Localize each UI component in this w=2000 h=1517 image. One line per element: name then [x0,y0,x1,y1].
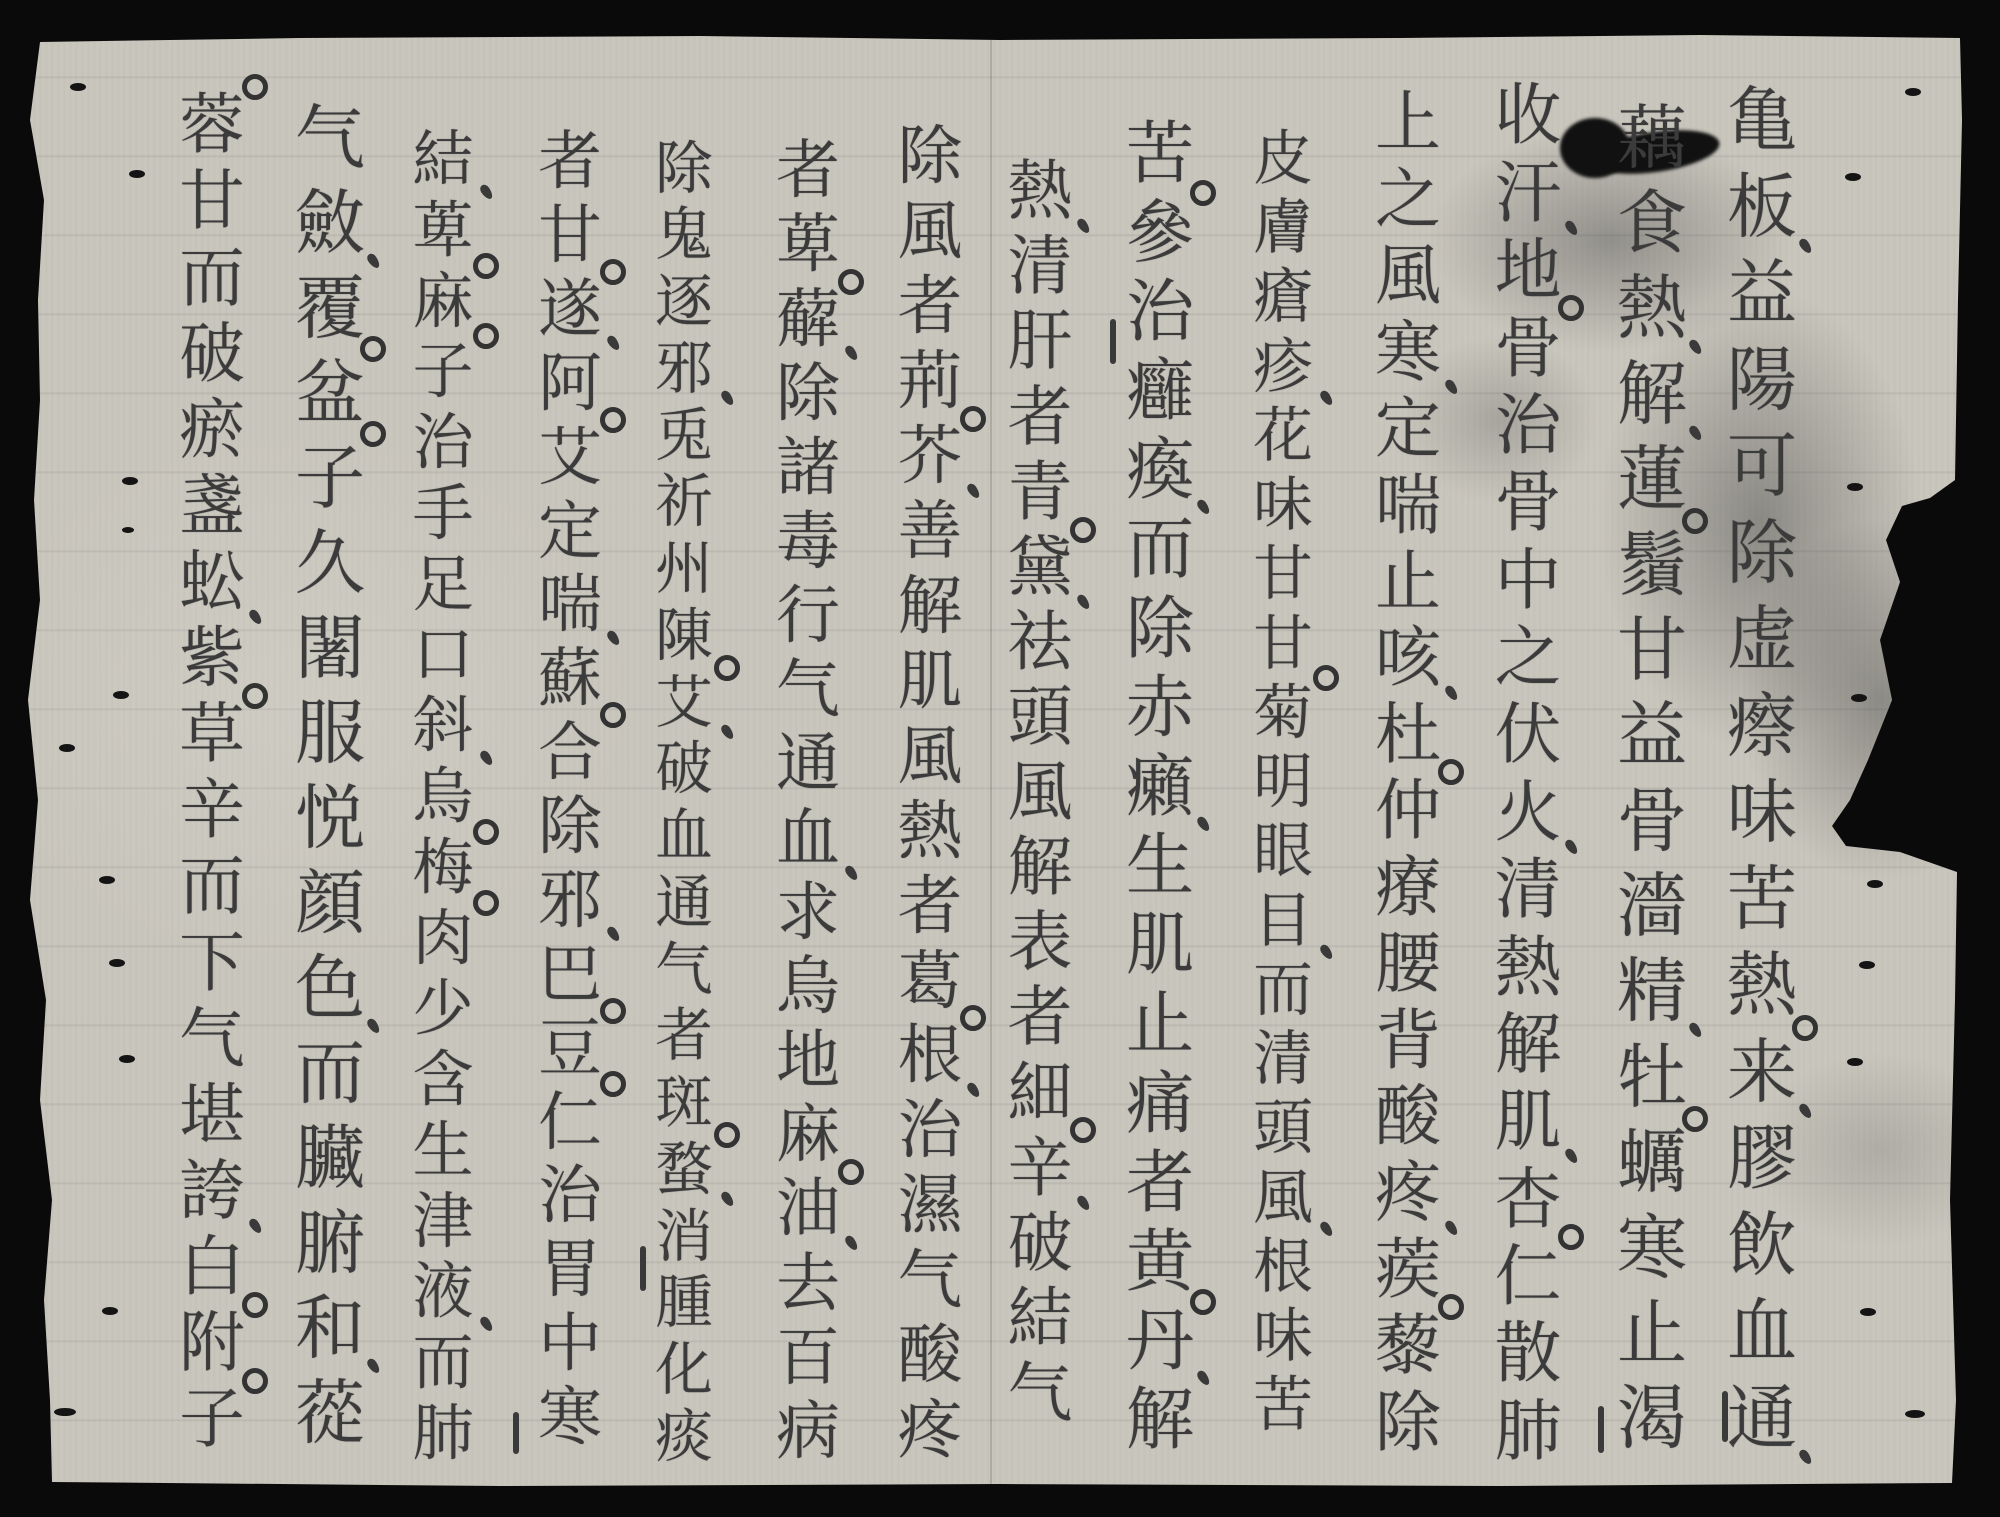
character: 而 [393,1328,493,1399]
glyph: 血 [1727,1296,1797,1366]
character: 止 [1602,1290,1702,1375]
glyph: 破 [1008,1212,1073,1277]
glyph: 青 [1008,461,1073,526]
character: 亀 [1712,77,1812,164]
binding-hole [1851,694,1867,702]
character: 酸 [1358,1079,1458,1155]
character: 肌 [1478,1083,1578,1160]
glyph: 斑 [655,1074,712,1131]
character: 邪 [520,864,620,938]
glyph: 邪 [538,869,602,933]
glyph: 清 [1253,1030,1313,1090]
character: 蠣 [1602,1120,1702,1205]
character: 遂 [520,273,620,347]
character: 气 [162,1001,262,1077]
character: 杏 [1478,1160,1578,1237]
glyph: 腫 [655,1274,712,1331]
glyph: 諸 [776,437,840,501]
character: 少 [393,974,493,1045]
character: 者 [880,270,980,345]
glyph: 寒 [538,1386,602,1450]
glyph: 表 [1008,911,1073,976]
glyph: 巴 [538,943,602,1007]
glyph: 者 [898,875,962,939]
glyph: 附 [179,1311,244,1376]
glyph: 除 [898,125,962,189]
character: 麻 [393,267,493,338]
character: 甘 [1233,541,1333,610]
glyph: 蘇 [538,647,602,711]
character: 而 [1233,956,1333,1025]
vertical-bar-mark-icon [1722,1391,1728,1442]
glyph: 气 [179,1007,244,1072]
character: 除 [880,120,980,195]
glyph: 根 [1253,1238,1313,1298]
glyph: 者 [776,140,840,204]
character: 巴 [520,938,620,1012]
glyph: 味 [1727,777,1797,847]
character: 气 [758,654,858,728]
character: 生 [393,1116,493,1187]
glyph: 草 [179,702,244,767]
character: 火 [1478,773,1578,850]
glyph: 而 [179,854,244,919]
character: 者 [634,1003,734,1070]
glyph: 定 [538,500,602,564]
character: 治 [393,408,493,479]
binding-hole [1847,483,1863,491]
character: 化 [634,1337,734,1404]
character: 精 [1602,949,1702,1034]
glyph: 甘 [179,169,244,234]
glyph: 手 [413,484,474,545]
glyph: 血 [655,807,712,864]
glyph: 芥 [898,425,962,489]
character: 而 [1110,511,1210,590]
character: 頭 [990,681,1090,756]
glyph: 頭 [1008,686,1073,751]
text-column-6: 苦參治癰瘓而除赤癩生肌止痛者黄丹解 [1110,115,1210,1461]
glyph: 行 [776,585,840,649]
character: 悦 [280,775,380,860]
character: 清 [1233,1025,1333,1094]
glyph: 熱 [1617,273,1687,343]
glyph: 解 [1008,836,1073,901]
text-column-3: 收汗地骨治骨中之伏火清熱解肌杏仁散肺 [1478,77,1578,1470]
glyph: 菊 [1253,684,1313,744]
glyph: 气 [776,659,840,723]
character: 解 [880,570,980,645]
text-column-9: 者萆薢除諸毒行气通血求烏地麻油去百病 [758,135,858,1470]
glyph: 通 [655,874,712,931]
glyph: 麻 [776,1104,840,1168]
character: 仲 [1358,773,1458,849]
glyph: 萆 [413,201,474,262]
glyph: 气 [1008,1362,1073,1427]
binding-hole [102,1307,118,1315]
glyph: 臟 [295,1123,365,1193]
glyph: 百 [776,1327,840,1391]
glyph: 烏 [413,767,474,828]
character: 濇 [1602,863,1702,948]
character: 黄 [1110,1223,1210,1302]
text-column-11: 者甘遂阿艾定喘蘇合除邪巴豆仁治胃中寒 [520,125,620,1455]
character: 除 [634,135,734,202]
character: 萆 [393,196,493,267]
character: 寒 [1358,314,1458,390]
character: 清 [990,230,1090,305]
character: 治 [1110,273,1210,352]
character: 疼 [880,1394,980,1469]
glyph: 清 [1495,856,1562,923]
character: 中 [520,1307,620,1381]
glyph: 破 [655,740,712,797]
glyph: 州 [655,540,712,597]
character: 艾 [520,421,620,495]
text-column-5: 皮膚瘡疹花味甘甘菊明眼目而清頭風根味苦 [1233,125,1333,1441]
character: 明 [1233,748,1333,817]
character: 豆 [520,1012,620,1086]
glyph: 除 [1727,518,1797,588]
character: 參 [1110,194,1210,273]
vertical-bar-mark-icon [1598,1406,1604,1452]
glyph: 足 [413,555,474,616]
glyph: 味 [1253,476,1313,536]
character: 咳 [1358,620,1458,696]
glyph: 誇 [179,1159,244,1224]
glyph: 治 [538,1164,602,1228]
character: 附 [162,1306,262,1382]
character: 肌 [880,645,980,720]
glyph: 治 [413,413,474,474]
glyph: 悦 [295,783,365,853]
glyph: 可 [1727,431,1797,501]
glyph: 蠣 [1617,1127,1687,1197]
character: 去 [758,1247,858,1321]
character: 目 [1233,887,1333,956]
glyph: 者 [1008,986,1073,1051]
character: 而 [280,1030,380,1115]
glyph: 細 [1008,1062,1073,1127]
character: 背 [1358,1002,1458,1078]
character: 血 [634,803,734,870]
glyph: 口 [413,625,474,686]
character: 甘 [162,164,262,240]
character: 紫 [162,621,262,697]
character: 誇 [162,1154,262,1230]
character: 辛 [162,773,262,849]
glyph: 子 [295,443,365,513]
character: 皮 [1233,125,1333,194]
character: 藕 [1602,95,1702,180]
character: 痛 [1110,1065,1210,1144]
glyph: 飲 [1727,1210,1797,1280]
text-column-2: 藕食熱解蓮鬚甘益骨濇精牡蠣寒止渴 [1602,95,1702,1461]
glyph: 痛 [1126,1071,1194,1139]
character: 破 [162,316,262,392]
character: 子 [280,435,380,520]
character: 芥 [880,420,980,495]
glyph: 甘 [1253,545,1313,605]
glyph: 豆 [538,1017,602,1081]
character: 毒 [758,506,858,580]
glyph: 逐 [655,273,712,330]
glyph: 喘 [538,573,602,637]
character: 瘀 [162,392,262,468]
glyph: 葛 [898,950,962,1014]
glyph: 祈 [655,473,712,530]
character: 可 [1712,423,1812,510]
glyph: 治 [1495,392,1562,459]
character: 瘓 [1110,432,1210,511]
text-column-1: 亀板益陽可除虚瘵味苦熱来膠飲血通 [1712,77,1812,1461]
glyph: 气 [295,103,365,173]
character: 除 [520,790,620,864]
character: 蓯 [280,1370,380,1455]
character: 者 [758,135,858,209]
glyph: 散 [1495,1320,1562,1387]
character: 者 [990,981,1090,1056]
glyph: 气 [655,941,712,998]
glyph: 火 [1495,779,1562,846]
glyph: 胃 [538,1238,602,1302]
character: 通 [758,728,858,802]
character: 者 [990,380,1090,455]
glyph: 鬼 [655,206,712,263]
character: 渴 [1602,1376,1702,1461]
glyph: 肌 [898,650,962,714]
character: 盞 [162,469,262,545]
binding-hole [129,170,145,178]
glyph: 白 [179,1235,244,1300]
glyph: 止 [1126,991,1194,1059]
glyph: 癩 [1126,754,1194,822]
glyph: 解 [1126,1387,1194,1455]
text-column-4: 上之風寒定喘止咳杜仲療腰背酸疼蒺藜除 [1358,85,1458,1461]
glyph: 辛 [179,778,244,843]
character: 熱 [990,155,1090,230]
glyph: 艾 [655,674,712,731]
character: 肺 [393,1399,493,1470]
binding-hole [1860,1308,1876,1316]
glyph: 喘 [1375,473,1441,539]
glyph: 血 [776,808,840,872]
glyph: 止 [1375,549,1441,615]
character: 腑 [280,1200,380,1285]
character: 除 [1712,510,1812,597]
character: 熱 [1602,266,1702,351]
glyph: 而 [179,246,244,311]
character: 辛 [990,1131,1090,1206]
glyph: 瘀 [179,398,244,463]
glyph: 甘 [1617,615,1687,685]
character: 結 [990,1282,1090,1357]
binding-hole [99,876,115,884]
character: 中 [1478,541,1578,618]
character: 油 [758,1173,858,1247]
vertical-bar-mark-icon [640,1246,646,1290]
glyph: 結 [413,130,474,191]
glyph: 消 [655,1208,712,1265]
glyph: 清 [1008,235,1073,300]
character: 癩 [1110,748,1210,827]
glyph: 汗 [1495,160,1562,227]
glyph: 久 [295,528,365,598]
character: 陳 [634,602,734,669]
binding-hole [1845,173,1861,181]
glyph: 化 [655,1341,712,1398]
character: 益 [1712,250,1812,337]
character: 濕 [880,1169,980,1244]
character: 子 [162,1382,262,1458]
glyph: 色 [295,953,365,1023]
glyph: 陳 [655,607,712,664]
character: 麻 [758,1099,858,1173]
character: 盆 [280,350,380,435]
character: 破 [634,736,734,803]
glyph: 蒺 [1375,1237,1441,1303]
binding-hole [119,1055,135,1063]
character: 色 [280,945,380,1030]
glyph: 仁 [1495,1243,1562,1310]
character: 津 [393,1187,493,1258]
character: 風 [1358,238,1458,314]
glyph: 油 [776,1178,840,1242]
glyph: 阿 [538,352,602,416]
glyph: 瘵 [1727,691,1797,761]
character: 顔 [280,860,380,945]
glyph: 益 [1727,258,1797,328]
binding-hole [1867,880,1883,888]
character: 来 [1712,1029,1812,1116]
character: 阿 [520,347,620,421]
glyph: 遂 [538,278,602,342]
glyph: 皮 [1253,130,1313,190]
glyph: 除 [1126,596,1194,664]
character: 胃 [520,1233,620,1307]
character: 蓮 [1602,437,1702,522]
character: 仁 [1478,1238,1578,1315]
glyph: 甘 [1253,615,1313,675]
character: 艾 [634,669,734,736]
character: 解 [1478,1006,1578,1083]
character: 仁 [520,1085,620,1159]
glyph: 花 [1253,407,1313,467]
character: 而 [162,849,262,925]
character: 斜 [393,691,493,762]
character: 喘 [1358,467,1458,543]
character: 州 [634,536,734,603]
character: 白 [162,1230,262,1306]
glyph: 者 [1126,1150,1194,1218]
character: 行 [758,580,858,654]
character: 痰 [634,1403,734,1470]
glyph: 寒 [1617,1213,1687,1283]
glyph: 療 [1375,855,1441,921]
glyph: 疹 [1253,338,1313,398]
character: 汗 [1478,154,1578,231]
character: 板 [1712,164,1812,251]
character: 气 [990,1357,1090,1432]
character: 膚 [1233,194,1333,263]
glyph: 目 [1253,892,1313,952]
character: 蓉 [162,88,262,164]
glyph: 肌 [1126,912,1194,980]
character: 除 [1110,590,1210,669]
character: 甘 [520,199,620,273]
character: 病 [758,1396,858,1470]
glyph: 地 [1495,237,1562,304]
glyph: 鬚 [1617,530,1687,600]
glyph: 合 [538,721,602,785]
character: 細 [990,1056,1090,1131]
glyph: 風 [1008,761,1073,826]
glyph: 蓯 [295,1378,365,1448]
glyph: 中 [1495,547,1562,614]
character: 祈 [634,469,734,536]
character: 气 [634,936,734,1003]
character: 邪 [634,335,734,402]
glyph: 明 [1253,753,1313,813]
glyph: 黛 [1008,536,1073,601]
character: 風 [990,756,1090,831]
character: 祛 [990,606,1090,681]
glyph: 者 [1008,386,1073,451]
text-column-13: 气斂覆盆子久闍服悦顔色而臟腑和蓯 [280,95,380,1455]
character: 闍 [280,605,380,690]
character: 瘵 [1712,683,1812,770]
glyph: 艾 [538,426,602,490]
character: 斑 [634,1070,734,1137]
glyph: 濇 [1617,871,1687,941]
glyph: 風 [898,725,962,789]
glyph: 服 [295,698,365,768]
glyph: 結 [1008,1287,1073,1352]
text-column-7: 熱清肝者青黛祛頭風解表者細辛破結气 [990,155,1090,1432]
character: 兎 [634,402,734,469]
character: 治 [520,1159,620,1233]
glyph: 解 [1495,1011,1562,1078]
glyph: 和 [295,1293,365,1363]
glyph: 苦 [1126,121,1194,189]
character: 牡 [1602,1034,1702,1119]
character: 飲 [1712,1202,1812,1289]
character: 蘇 [520,642,620,716]
character: 寒 [520,1381,620,1455]
character: 通 [634,869,734,936]
glyph: 中 [538,1312,602,1376]
glyph: 赤 [1126,675,1194,743]
glyph: 麻 [413,272,474,333]
character: 伏 [1478,696,1578,773]
glyph: 牡 [1617,1042,1687,1112]
character: 生 [1110,828,1210,907]
glyph: 風 [1375,243,1441,309]
glyph: 气 [898,1249,962,1313]
glyph: 而 [413,1333,474,1394]
binding-hole [1905,88,1921,96]
character: 气 [880,1244,980,1319]
character: 烏 [758,951,858,1025]
glyph: 下 [179,931,244,996]
glyph: 膚 [1253,199,1313,259]
text-column-10: 除鬼逐邪兎祈州陳艾破血通气者斑蝥消腫化痰 [634,135,734,1470]
glyph: 之 [1495,624,1562,691]
character: 黛 [990,531,1090,606]
glyph: 背 [1375,1008,1441,1074]
glyph: 收 [1495,82,1562,149]
glyph: 瘓 [1126,437,1194,505]
